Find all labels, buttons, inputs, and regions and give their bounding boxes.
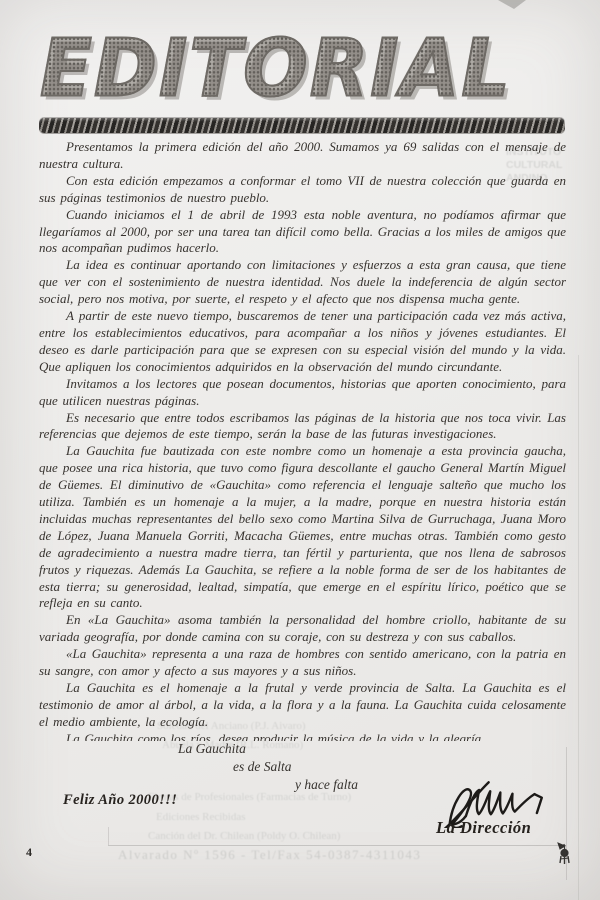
paragraph: Presentamos la primera edición del año 2…: [39, 139, 566, 173]
paragraph: «La Gauchita» representa a una raza de h…: [39, 646, 566, 680]
new-year-greeting: Feliz Año 2000!!!: [63, 792, 177, 809]
scanned-editorial-page: INSTITUTO CULTURAL ANDINO Soledad del An…: [0, 0, 600, 900]
closing-line-2: es de Salta: [233, 759, 292, 775]
paragraph: Cuando iniciamos el 1 de abril de 1993 e…: [39, 207, 566, 258]
bleedthrough-text: Alvarado Nº 1596 - Tel/Fax 54-0387-43110…: [118, 848, 421, 861]
scan-corner-fold-icon: [498, 0, 526, 9]
editorial-body: Presentamos la primera edición del año 2…: [39, 139, 566, 741]
bleedthrough-text: Canción del Dr. Chilean (Poldy O. Chilea…: [148, 830, 340, 843]
paragraph: Con esta edición empezamos a conformar e…: [39, 173, 566, 207]
page-number: 4: [26, 845, 32, 860]
bleedthrough-rule-vertical: [108, 827, 109, 845]
bleedthrough-text: Ediciones Recibidas: [156, 811, 246, 824]
scan-edge-line: [578, 355, 579, 900]
paragraph: En «La Gauchita» asoma también la person…: [39, 612, 566, 646]
paragraph: La idea es continuar aportando con limit…: [39, 257, 566, 308]
closing-line-3: y hace falta: [295, 777, 358, 793]
paragraph: La Gauchita es el homenaje a la frutal y…: [39, 680, 566, 731]
gaucho-emblem-icon: [555, 842, 573, 866]
closing-line-1: La Gauchita: [178, 741, 246, 757]
braided-chain-divider-icon: [39, 118, 565, 133]
signature-caption: La Dirección: [436, 818, 531, 838]
paragraph: A partir de este nuevo tiempo, buscaremo…: [39, 308, 566, 376]
paragraph: La Gauchita fue bautizada con este nombr…: [39, 443, 566, 612]
paragraph: Invitamos a los lectores que posean docu…: [39, 376, 566, 410]
paragraph: La Gauchita como los ríos, desea produci…: [39, 731, 566, 741]
paragraph: Es necesario que entre todos escribamos …: [39, 410, 566, 444]
bleedthrough-rule-horizontal: [108, 845, 566, 846]
page-title: EDITORIAL: [40, 24, 568, 112]
